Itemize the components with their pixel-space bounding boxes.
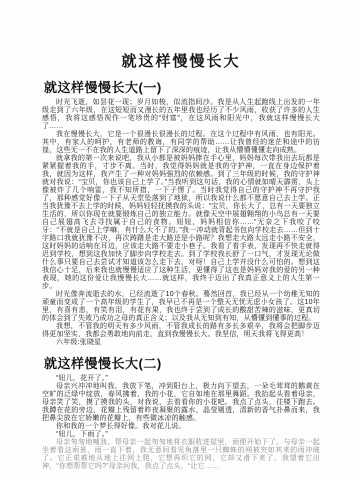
- section2-body: “妞儿，花开了。” 母亲兴冲冲地叫我，我放下笔，冲到阳台上，极力向下望去，一朵毛…: [42, 375, 320, 471]
- essay-page: 就这样慢慢长大 就这样慢慢长大(一) 时光飞逝，如昙花一现；岁月如梭，似流指间沙…: [0, 0, 360, 480]
- section1-paragraph-2: 我在慢慢长大，它是一个很漫长很漫长的过程。在这个过程中有风雨，也有阳光。其中，有…: [42, 131, 320, 155]
- section1-paragraph-3: 就拿我的第一次来说吧，我从小都是被妈妈捧在手心里，妈妈每次带我出去玩都是紧紧握着…: [42, 155, 320, 291]
- section2-paragraph-3: 你和我的一个梦长得好像。我对花儿说。: [42, 423, 320, 431]
- section1-byline: 六年级:张晓星: [42, 339, 320, 347]
- section1-heading: 就这样慢慢长大(一): [44, 77, 320, 96]
- essay-title: 就这样慢慢长大: [42, 0, 320, 71]
- section2-paragraph-5: 母亲匆匆地喊我，帮母亲一起匆匆地将衣服收进屋里，雨便开始下了。与母亲一起坐着看这…: [42, 439, 320, 471]
- section2-heading: 就这样慢慢长大(二): [44, 353, 320, 372]
- section1-paragraph-5: 我想，不管我的明天有多少风雨，不管我成长的路有多长多艰辛，我将会把脚步迈得更加坚…: [42, 323, 320, 339]
- section1-paragraph-4: 时光像奔流逝去的水，已经流逝了10个春秋。蓦然回首，我已经从一个幼稚无知的顽童而…: [42, 291, 320, 323]
- section1-body: 时光飞逝，如昙花一现；岁月如梭，似流指间沙。我是从人生起跑线上出发的一年级走到了…: [42, 99, 320, 347]
- section2-paragraph-2: 母亲兴冲冲地叫我，我放下笔，冲到阳台上，极力向下望去，一朵毛茸茸的鹅黄在空旷的泛…: [42, 383, 320, 423]
- section2-paragraph-1: “妞儿，花开了。”: [42, 375, 320, 383]
- section2-paragraph-4: “妞儿，下雨了。”: [42, 431, 320, 439]
- section1-paragraph-1: 时光飞逝，如昙花一现；岁月如梭，似流指间沙。我是从人生起跑线上出发的一年级走到了…: [42, 99, 320, 131]
